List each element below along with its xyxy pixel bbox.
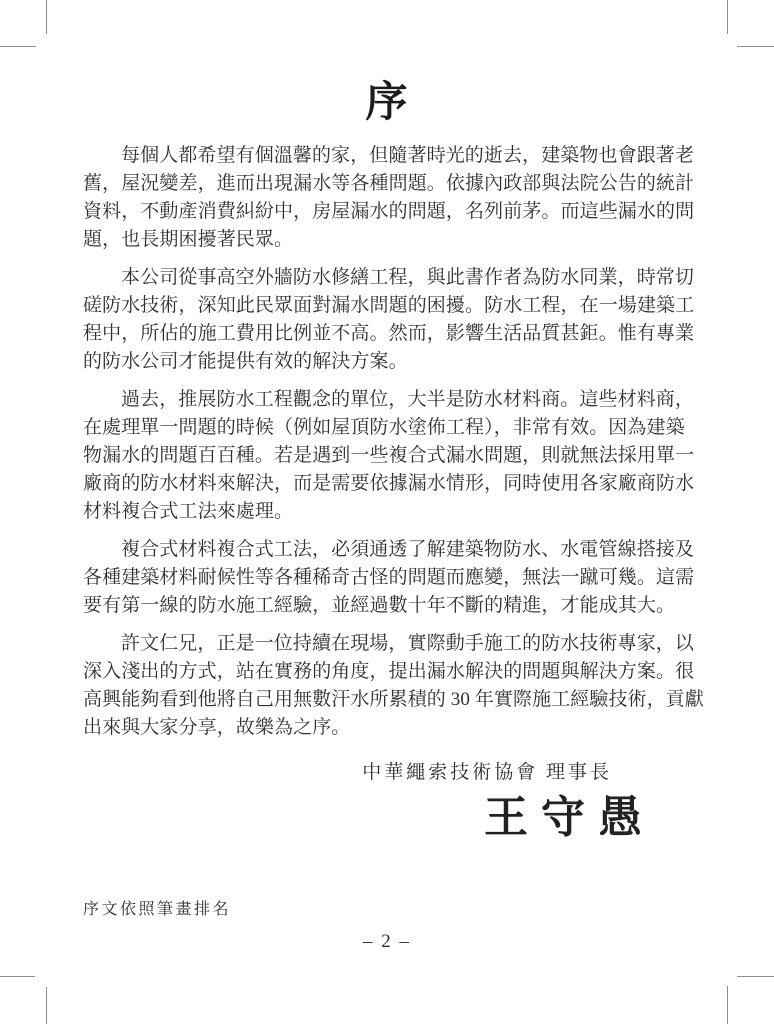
signature-name: 王守愚 (83, 793, 692, 843)
footnote: 序文依照筆畫排名 (83, 896, 231, 919)
crop-mark-bottom-right-vertical (727, 986, 728, 1024)
text-line: 物漏水的問題百百種。若是遇到一些複合式漏水問題，則就無法採用單一 (83, 442, 692, 470)
text-line: 各種建築材料耐候性等各種稀奇古怪的問題而應變，無法一蹴可幾。這需 (83, 564, 692, 592)
crop-mark-top-left-horizontal (0, 46, 36, 47)
paragraph: 許文仁兄，正是一位持續在現場，實際動手施工的防水技術專家，以深入淺出的方式，站在… (83, 630, 692, 742)
crop-mark-top-right-horizontal (737, 46, 774, 47)
page-title: 序 (83, 76, 692, 130)
crop-mark-bottom-left-horizontal (0, 976, 35, 977)
text-column: 序 每個人都希望有個溫馨的家，但隨著時光的逝去，建築物也會跟著老舊，屋況變差，進… (83, 0, 692, 843)
text-line: 資料，不動產消費糾紛中，房屋漏水的問題，名列前茅。而這些漏水的問 (83, 198, 692, 226)
text-line: 要有第一線的防水施工經驗，並經過數十年不斷的精進，才能成其大。 (83, 592, 692, 620)
paragraph: 複合式材料複合式工法，必須通透了解建築物防水、水電管線搭接及各種建築材料耐候性等… (83, 536, 692, 620)
crop-mark-top-right-vertical (727, 0, 728, 34)
text-line: 程中，所佔的施工費用比例並不高。然而，影響生活品質甚鉅。惟有專業 (83, 320, 692, 348)
crop-mark-bottom-left-vertical (46, 987, 47, 1024)
text-line: 的防水公司才能提供有效的解決方案。 (83, 348, 692, 376)
text-line: 題，也長期困擾著民眾。 (83, 226, 692, 254)
text-line: 深入淺出的方式，站在實務的角度，提出漏水解決的問題與解決方案。很 (83, 658, 692, 686)
text-line: 出來與大家分享，故樂為之序。 (83, 714, 692, 742)
text-line: 磋防水技術，深知此民眾面對漏水問題的困擾。防水工程，在一場建築工 (83, 292, 692, 320)
text-line: 每個人都希望有個溫馨的家，但隨著時光的逝去，建築物也會跟著老 (83, 142, 692, 170)
paragraph: 本公司從事高空外牆防水修繕工程，與此書作者為防水同業，時常切磋防水技術，深知此民… (83, 264, 692, 376)
text-line: 過去，推展防水工程觀念的單位，大半是防水材料商。這些材料商， (83, 386, 692, 414)
text-line: 高興能夠看到他將自己用無數汗水所累積的 30 年實際施工經驗技術，貢獻 (83, 686, 692, 714)
crop-mark-top-left-vertical (46, 0, 47, 34)
paragraph: 每個人都希望有個溫馨的家，但隨著時光的逝去，建築物也會跟著老舊，屋況變差，進而出… (83, 142, 692, 254)
crop-mark-bottom-right-horizontal (737, 976, 774, 977)
text-line: 本公司從事高空外牆防水修繕工程，與此書作者為防水同業，時常切 (83, 264, 692, 292)
text-line: 廠商的防水材料來解決，而是需要依據漏水情形，同時使用各家廠商防水 (83, 470, 692, 498)
text-line: 舊，屋況變差，進而出現漏水等各種問題。依據內政部與法院公告的統計 (83, 170, 692, 198)
scanned-document-page: 序 每個人都希望有個溫馨的家，但隨著時光的逝去，建築物也會跟著老舊，屋況變差，進… (0, 0, 774, 1024)
paragraph: 過去，推展防水工程觀念的單位，大半是防水材料商。這些材料商，在處理單一問題的時候… (83, 386, 692, 526)
page-number: – 2 – (0, 931, 774, 953)
text-line: 複合式材料複合式工法，必須通透了解建築物防水、水電管線搭接及 (83, 536, 692, 564)
text-line: 在處理單一問題的時候（例如屋頂防水塗佈工程），非常有效。因為建築 (83, 414, 692, 442)
text-line: 材料複合式工法來處理。 (83, 498, 692, 526)
text-line: 許文仁兄，正是一位持續在現場，實際動手施工的防水技術專家，以 (83, 630, 692, 658)
signature-organization: 中華繩索技術協會 理事長 (83, 759, 692, 786)
paragraphs: 每個人都希望有個溫馨的家，但隨著時光的逝去，建築物也會跟著老舊，屋況變差，進而出… (83, 142, 692, 742)
